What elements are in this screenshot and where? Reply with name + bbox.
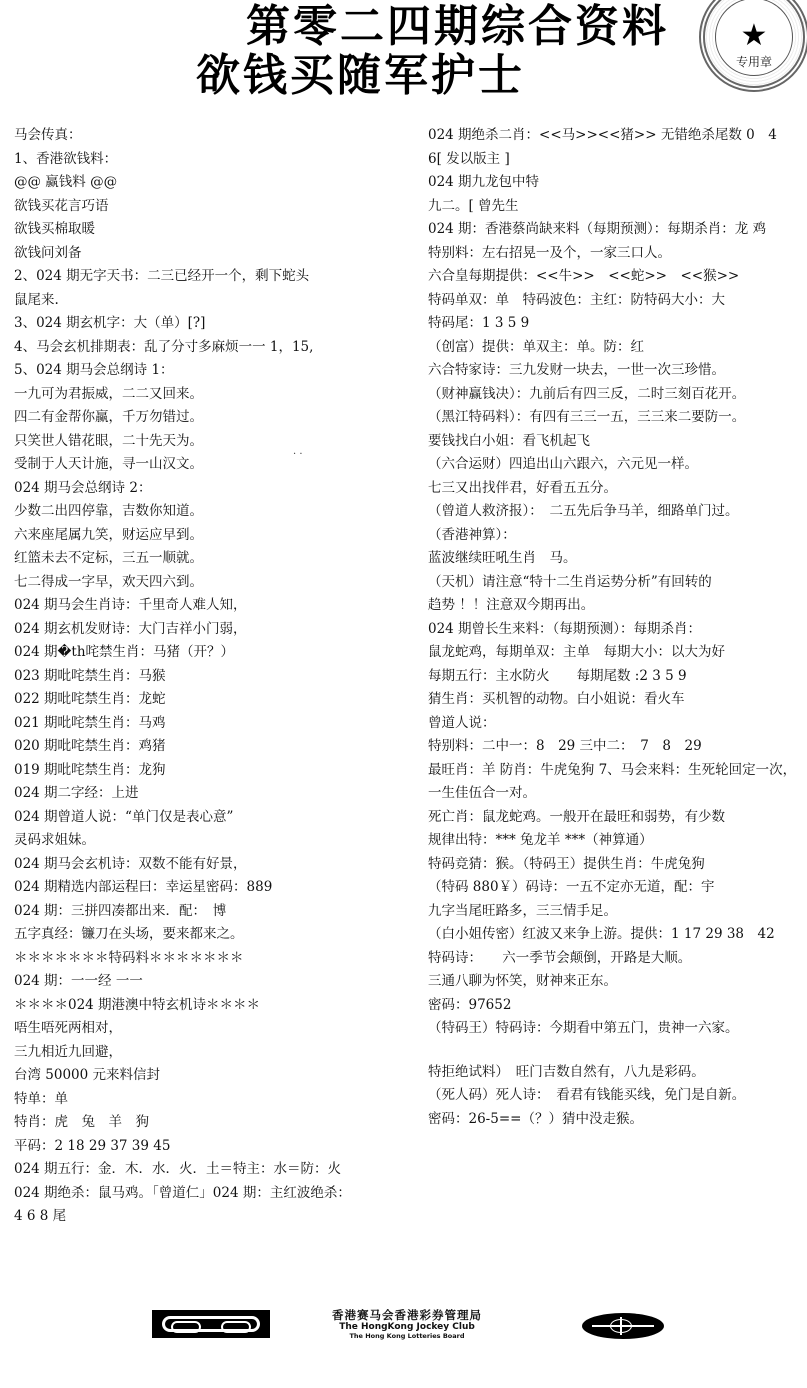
text-line: 趋势 ！！注意双今期再出。	[428, 594, 806, 618]
text-line: 五字真经：镰刀在头场，要来都来之。	[14, 923, 409, 947]
text-line: 蓝波继续旺吼生肖 马。	[428, 547, 806, 571]
text-line: 鼠尾来.	[14, 289, 409, 313]
text-line: 2、024 期无字天书：二三已经开一个，剩下蛇头	[14, 265, 409, 289]
text-line: 特单：单	[14, 1088, 409, 1112]
text-line: 平码：2 18 29 37 39 45	[14, 1135, 409, 1159]
text-line: 特码单双：单 特码波色：主红：防特码大小：大	[428, 289, 806, 313]
text-line: 欲钱问刘备	[14, 242, 409, 266]
text-line: 特拒绝试料） 旺门吉数自然有，八九是彩码。	[428, 1061, 806, 1085]
text-line: 特肖：虎 兔 羊 狗	[14, 1111, 409, 1135]
text-line: 一生佳伍合一对。	[428, 782, 806, 806]
footer-text: 香港赛马会香港彩券管理局 The HongKong Jockey Club Th…	[292, 1308, 522, 1340]
official-stamp: ★ 专用章	[699, 0, 807, 92]
star-icon: ★	[716, 21, 792, 51]
text-line: （黑江特码料）：有四有三三一五，三三来二要防一。	[428, 406, 806, 430]
text-line: 024 期绝杀二肖：<<马>><<猪>> 无错绝杀尾数 0 4	[428, 124, 806, 148]
text-line: 一九可为君振威，二二又回来。	[14, 383, 409, 407]
text-line: 猜生肖：买机智的动物。白小姐说：看火车	[428, 688, 806, 712]
footer-zh: 香港赛马会香港彩券管理局	[292, 1308, 522, 1322]
text-line: 024 期马会玄机诗：双数不能有好景，	[14, 853, 409, 877]
text-line: 灵码求姐妹。	[14, 829, 409, 853]
text-line: 三九相近九回避，	[14, 1041, 409, 1065]
text-line: 020 期吡咤禁生肖：鸡猪	[14, 735, 409, 759]
text-line: 鼠龙蛇鸡，每期单双：主单 每期大小：以大为好	[428, 641, 806, 665]
text-line: 曾道人说：	[428, 712, 806, 736]
text-line: 每期五行：主水防火 每期尾数 :2 3 5 9	[428, 665, 806, 689]
text-line: 红篮未去不定标，三五一顺就。	[14, 547, 409, 571]
text-line: 4、马会玄机排期表：乱了分寸多麻烦一一 1，15,	[14, 336, 409, 360]
text-line: 024 期：一一经 一一	[14, 970, 409, 994]
text-line: 欲钱买花言巧语	[14, 195, 409, 219]
text-line: 少数二出四停靠，吉数你知道。	[14, 500, 409, 524]
text-line: 024 期九龙包中特	[428, 171, 806, 195]
text-line: 只笑世人错花眼，二十先天为。	[14, 430, 409, 454]
stamp-inner: ★ 专用章	[715, 0, 793, 76]
text-line: （财神赢钱决）：九前后有四三反，二时三刻百花开。	[428, 383, 806, 407]
text-line: 特别料：二中一：8 29 三中二： 7 8 29	[428, 735, 806, 759]
text-line: 特码诗： 六一季节会颠倒，开路是大顺。	[428, 947, 806, 971]
text-line: 受制于人天计施，寻一山汉文。	[14, 453, 409, 477]
text-line: 5、024 期马会总纲诗 1：	[14, 359, 409, 383]
text-line: 023 期吡咤禁生肖：马猴	[14, 665, 409, 689]
text-line: 最旺肖：羊 防肖：牛虎兔狗 7、马会来料：生死轮回定一次，	[428, 759, 806, 783]
hkjc-logo-icon	[152, 1310, 270, 1338]
text-line: 024 期五行：金．木．水．火．土＝特主：水＝防：火	[14, 1158, 409, 1182]
text-line: 密码：26-5==（？）猜中没走猴。	[428, 1108, 806, 1132]
footer-logos: 香港赛马会香港彩券管理局 The HongKong Jockey Club Th…	[152, 1310, 672, 1340]
text-line: （曾道人救济报）： 二五先后争马羊，细路单门过。	[428, 500, 806, 524]
footer-en-jockey-club: The HongKong Jockey Club	[292, 1322, 522, 1332]
text-line: 要钱找白小姐：看飞机起飞	[428, 430, 806, 454]
text-line: 七三又出找伴君，好看五五分。	[428, 477, 806, 501]
text-line: （创富）提供：单双主：单。防：红	[428, 336, 806, 360]
text-line: 1、香港欲钱料：	[14, 148, 409, 172]
text-line: 六来座尾属九笑，财运应早到。	[14, 524, 409, 548]
text-line: （香港神算）：	[428, 524, 806, 548]
page-subtitle: 欲钱买随军护士	[196, 50, 525, 102]
text-line: 特码竞猜：猴。（特码王）提供生肖：牛虎兔狗	[428, 853, 806, 877]
page-title: 第零二四期综合资料	[246, 2, 669, 52]
text-line: ＊＊＊＊024 期港澳中特玄机诗＊＊＊＊	[14, 994, 409, 1018]
text-line: 024 期精选内部运程曰：幸运星密码：889	[14, 876, 409, 900]
text-line: 021 期吡咤禁生肖：马鸡	[14, 712, 409, 736]
text-line: 024 期：香港蔡尚缺来料（每期预测）：每期杀肖：龙 鸡	[428, 218, 806, 242]
text-line: （天机）请注意“特十二生肖运势分析”有回转的	[428, 571, 806, 595]
scan-artifact: · ·	[293, 449, 303, 460]
text-line: （白小姐传密）红波又来争上游。提供：1 17 29 38 42	[428, 923, 806, 947]
text-line: 六合特家诗：三九发财一块去，一世一次三珍惜。	[428, 359, 806, 383]
text-line: 024 期绝杀：鼠马鸡。「曾道仁」024 期：主红波绝杀：	[14, 1182, 409, 1206]
text-line: 024 期玄机发财诗：大门吉祥小门弱，	[14, 618, 409, 642]
text-line: 六合皇每期提供：<<牛>> <<蛇>> <<猴>>	[428, 265, 806, 289]
text-line: 024 期曾长生来料：（每期预测）：每期杀肖：	[428, 618, 806, 642]
text-line: ＊＊＊＊＊＊＊特码料＊＊＊＊＊＊＊	[14, 947, 409, 971]
text-line: （死人码）死人诗： 看君有钱能买线，免门是自新。	[428, 1084, 806, 1108]
text-line: 规律出特：*** 兔龙羊 ***（神算通）	[428, 829, 806, 853]
text-line: 九二。[ 曾先生	[428, 195, 806, 219]
stamp-label: 专用章	[716, 53, 792, 70]
text-line: 024 期曾道人说：“单门仅是表心意”	[14, 806, 409, 830]
text-line: （特码王）特码诗：今期看中第五门，贵神一六家。	[428, 1017, 806, 1041]
text-line: 七二得成一字早，欢天四六到。	[14, 571, 409, 595]
text-line: 024 期二字经：上进	[14, 782, 409, 806]
text-line: 三通八聊为怀笑，财神来正东。	[428, 970, 806, 994]
footer-en-lotteries-board: The Hong Kong Lotteries Board	[292, 1332, 522, 1340]
text-line: 台湾 50000 元来料信封	[14, 1064, 409, 1088]
text-line: 019 期吡咤禁生肖：龙狗	[14, 759, 409, 783]
lotteries-board-logo-icon	[582, 1313, 664, 1339]
text-line: 唔生唔死两相对，	[14, 1017, 409, 1041]
text-line: 024 期�th咤禁生肖：马猪（开？）	[14, 641, 409, 665]
text-line	[428, 1041, 806, 1061]
text-line: 欲钱买棉取暖	[14, 218, 409, 242]
text-line: 3、024 期玄机字：大（单）[?]	[14, 312, 409, 336]
text-line: 4 6 8 尾	[14, 1205, 409, 1229]
text-line: 024 期马会生肖诗：千里奇人难人知，	[14, 594, 409, 618]
text-line: （六合运财）四追出山六跟六，六元见一样。	[428, 453, 806, 477]
text-line: 022 期吡咤禁生肖：龙蛇	[14, 688, 409, 712]
text-line: 024 期：三拼四凑都出来．配： 博	[14, 900, 409, 924]
text-line: @@ 赢钱料 @@	[14, 171, 409, 195]
right-column: 024 期绝杀二肖：<<马>><<猪>> 无错绝杀尾数 0 46[ 发以版主 ]…	[428, 124, 806, 1131]
text-line: 死亡肖：鼠龙蛇鸡。一般开在最旺和弱势，有少数	[428, 806, 806, 830]
text-line: 024 期马会总纲诗 2：	[14, 477, 409, 501]
text-line: 6[ 发以版主 ]	[428, 148, 806, 172]
text-line: 九字当尾旺路多，三三情手足。	[428, 900, 806, 924]
text-line: 特码尾：1 3 5 9	[428, 312, 806, 336]
text-line: 密码：97652	[428, 994, 806, 1018]
text-line: 马会传真：	[14, 124, 409, 148]
left-column: 马会传真：1、香港欲钱料：@@ 赢钱料 @@欲钱买花言巧语欲钱买棉取暖欲钱问刘备…	[14, 124, 409, 1229]
text-line: （特码 880￥）码诗：一五不定亦无道，配：宇	[428, 876, 806, 900]
text-line: 特别料：左右招晃一及个，一家三口人。	[428, 242, 806, 266]
text-line: 四二有金帮你赢，千万勿错过。	[14, 406, 409, 430]
